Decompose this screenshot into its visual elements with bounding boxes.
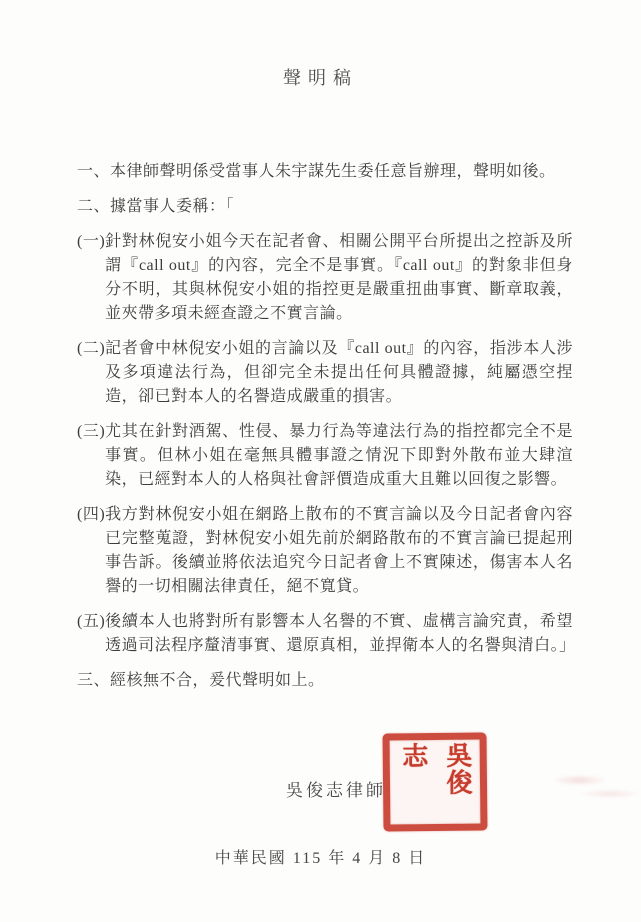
- paragraph-text: 尤其在針對酒駕、性侵、暴力行為等違法行為的指控都完全不是事實。但林小姐在毫無具體…: [105, 420, 573, 492]
- paragraph-sub-2: (二) 記者會中林倪安小姐的言論以及『call out』的內容，指涉本人涉及多項…: [77, 337, 573, 409]
- ink-smudge: [553, 770, 641, 804]
- paragraph-marker: 三、: [77, 669, 110, 693]
- paragraph-marker: 二、: [77, 195, 110, 219]
- paragraph-marker: (二): [77, 337, 105, 409]
- paragraph-sub-3: (三) 尤其在針對酒駕、性侵、暴力行為等違法行為的指控都完全不是事實。但林小姐在…: [77, 420, 573, 492]
- paragraph-item-3: 三、 經核無不合，爰代聲明如上。: [77, 669, 573, 693]
- paragraph-text: 後續本人也將對所有影響本人名譽的不實、虛構言論究責，希望透過司法程序釐清事實、還…: [105, 610, 573, 658]
- paragraph-text: 據當事人委稱：「: [110, 195, 573, 219]
- paragraph-text: 記者會中林倪安小姐的言論以及『call out』的內容，指涉本人涉及多項違法行為…: [105, 337, 573, 409]
- paragraph-text: 針對林倪安小姐今天在記者會、相關公開平台所提出之控訴及所謂『call out』的…: [105, 230, 573, 326]
- paragraph-item-2: 二、 據當事人委稱：「: [77, 195, 573, 219]
- document-date: 中華民國 115 年 4 月 8 日: [0, 845, 641, 868]
- paragraph-marker: (三): [77, 420, 105, 492]
- paragraph-marker: (五): [77, 610, 105, 658]
- document-page: 聲明稿 一、 本律師聲明係受當事人朱宇謀先生委任意旨辦理，聲明如後。 二、 據當…: [0, 0, 641, 922]
- paragraph-text: 經核無不合，爰代聲明如上。: [110, 669, 573, 693]
- seal-characters: 吳俊志 律師: [382, 742, 479, 823]
- lawyer-seal-stamp: 吳俊志 律師: [382, 732, 487, 831]
- paragraph-marker: (四): [77, 503, 105, 599]
- paragraph-marker: 一、: [77, 160, 110, 184]
- paragraph-marker: (一): [77, 230, 105, 326]
- paragraph-text: 本律師聲明係受當事人朱宇謀先生委任意旨辦理，聲明如後。: [110, 160, 573, 184]
- paragraph-sub-1: (一) 針對林倪安小姐今天在記者會、相關公開平台所提出之控訴及所謂『call o…: [77, 230, 573, 326]
- paragraph-sub-5: (五) 後續本人也將對所有影響本人名譽的不實、虛構言論究責，希望透過司法程序釐清…: [77, 610, 573, 658]
- paragraph-text: 我方對林倪安小姐在網路上散布的不實言論以及今日記者會內容已完整蒐證，對林倪安小姐…: [105, 503, 573, 599]
- paragraph-item-1: 一、 本律師聲明係受當事人朱宇謀先生委任意旨辦理，聲明如後。: [77, 160, 573, 184]
- lawyer-signature: 吳俊志律師: [286, 776, 386, 801]
- document-body: 一、 本律師聲明係受當事人朱宇謀先生委任意旨辦理，聲明如後。 二、 據當事人委稱…: [77, 160, 573, 704]
- paragraph-sub-4: (四) 我方對林倪安小姐在網路上散布的不實言論以及今日記者會內容已完整蒐證，對林…: [77, 503, 573, 599]
- document-title: 聲明稿: [0, 64, 641, 90]
